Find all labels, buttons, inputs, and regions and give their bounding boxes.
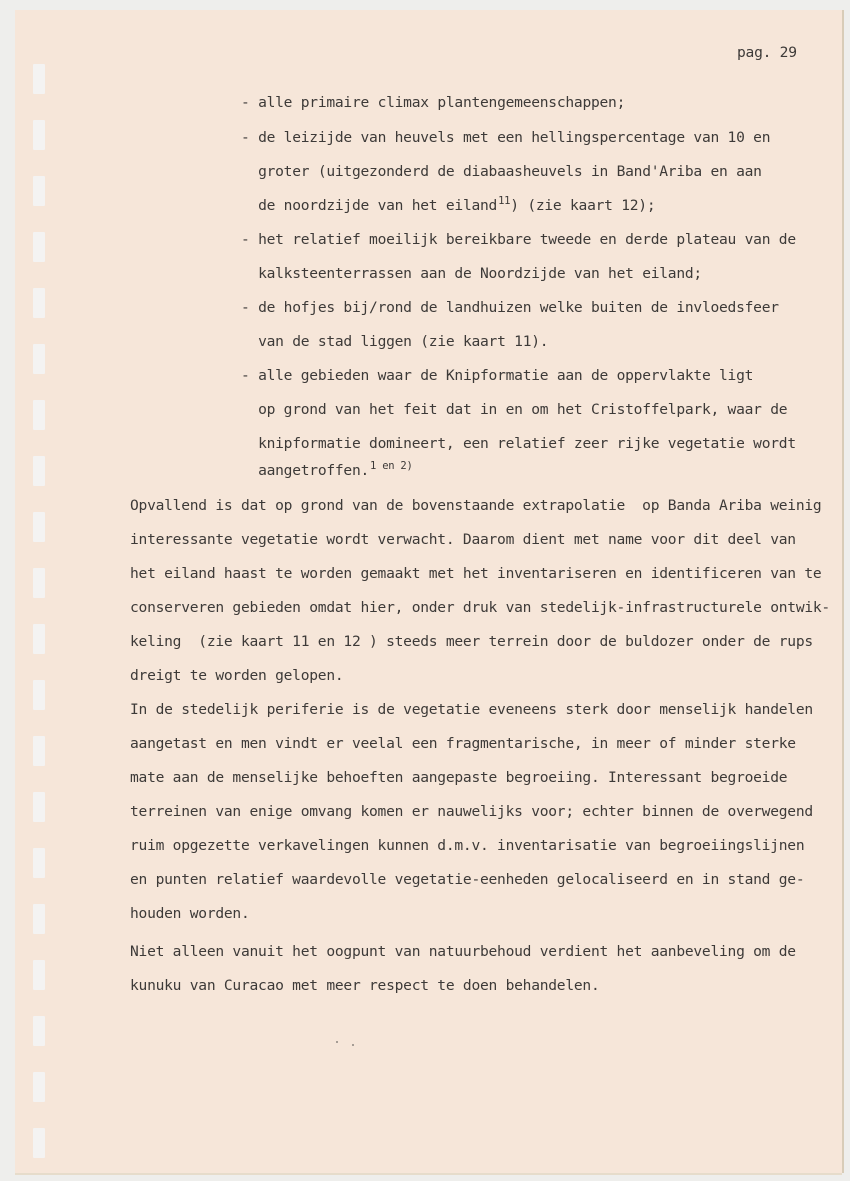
list-item-line: van de stad liggen (zie kaart 11). [241,335,548,350]
paragraph-line: conserveren gebieden omdat hier, onder d… [130,601,830,616]
binding-hole [33,736,45,766]
binding-hole [33,624,45,654]
typewritten-page: pag. 29 - alle primaire climax plantenge… [15,10,842,1173]
binding-hole [33,232,45,262]
list-item-line: de noordzijde van het eiland11) (zie kaa… [241,199,655,214]
list-item-line: op grond van het feit dat in en om het C… [241,403,787,418]
binding-hole [33,176,45,206]
list-item-line: - de hofjes bij/rond de landhuizen welke… [241,301,779,316]
paragraph-line: terreinen van enige omvang komen er nauw… [130,805,813,820]
scan-speck [352,1044,354,1046]
binding-hole [33,680,45,710]
binding-hole [33,1072,45,1102]
paragraph-line: het eiland haast te worden gemaakt met h… [130,567,821,582]
paragraph-line: kunuku van Curacao met meer respect te d… [130,979,600,994]
binding-hole [33,1016,45,1046]
line-text: ) (zie kaart 12); [510,197,655,214]
binding-hole [33,344,45,374]
list-item-line: - het relatief moeilijk bereikbare tweed… [241,233,796,248]
binding-hole [33,848,45,878]
binding-hole [33,568,45,598]
paragraph-line: In de stedelijk periferie is de vegetati… [130,703,813,718]
binding-hole [33,1128,45,1158]
paragraph-line: mate aan de menselijke behoeften aangepa… [130,771,787,786]
line-text: de noordzijde van het eiland [241,197,497,214]
list-item-line: - alle primaire climax plantengemeenscha… [241,96,625,111]
binding-hole [33,64,45,94]
list-item-line: kalksteenterrassen aan de Noordzijde van… [241,267,702,282]
binding-hole [33,456,45,486]
list-item-line: groter (uitgezonderd de diabaasheuvels i… [241,165,762,180]
paragraph-line: Niet alleen vanuit het oogpunt van natuu… [130,945,796,960]
list-item-line: - de leizijde van heuvels met een hellin… [241,131,770,146]
page-number: pag. 29 [737,46,797,61]
binding-hole [33,904,45,934]
binding-hole [33,120,45,150]
paragraph-line: dreigt te worden gelopen. [130,669,343,684]
binding-hole [33,512,45,542]
binding-hole [33,400,45,430]
paragraph-line: ruim opgezette verkavelingen kunnen d.m.… [130,839,804,854]
paragraph-line: interessante vegetatie wordt verwacht. D… [130,533,796,548]
paragraph-line: Opvallend is dat op grond van de bovenst… [130,499,821,514]
paragraph-line: houden worden. [130,907,250,922]
binding-hole [33,960,45,990]
paragraph-line: aangetast en men vindt er veelal een fra… [130,737,796,752]
binding-hole [33,792,45,822]
scanned-page-view: pag. 29 - alle primaire climax plantenge… [0,0,850,1181]
list-item-line: - alle gebieden waar de Knipformatie aan… [241,369,753,384]
footnote-ref: 11 [498,195,510,207]
list-item-line: knipformatie domineert, een relatief zee… [241,437,796,452]
paragraph-line: keling (zie kaart 11 en 12 ) steeds meer… [130,635,813,650]
paragraph-line: en punten relatief waardevolle vegetatie… [130,873,804,888]
footnote-ref: 1 en 2) [370,460,413,472]
scan-speck [336,1041,338,1043]
binding-hole [33,288,45,318]
list-item-line: aangetroffen.1 en 2) [241,464,413,479]
line-text: aangetroffen. [241,462,369,479]
